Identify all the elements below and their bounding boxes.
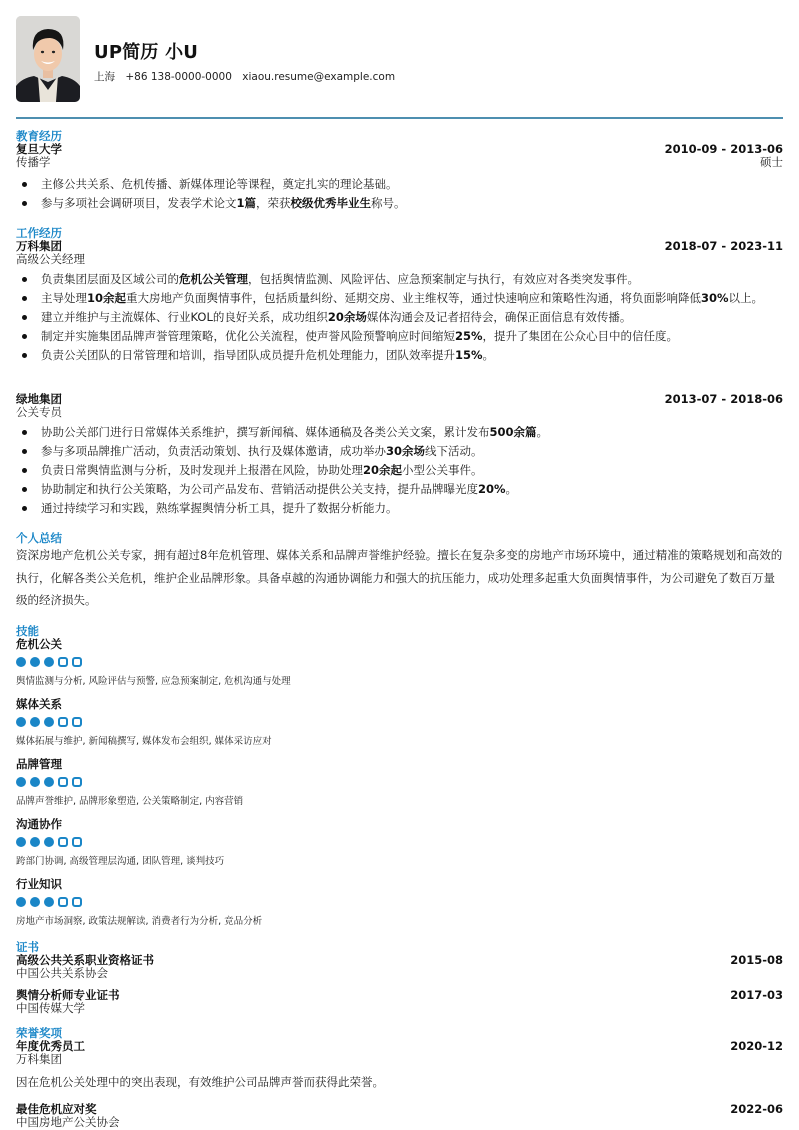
certificate-issuer: 中国传媒大学 <box>16 1002 85 1015</box>
bullet-item: 主修公共关系、危机传播、新媒体理论等课程，奠定扎实的理论基础。 <box>16 177 783 191</box>
filled-dot-icon <box>16 837 26 847</box>
work-date: 2013-07 - 2018-06 <box>665 393 783 406</box>
filled-dot-icon <box>44 777 54 787</box>
filled-dot-icon <box>30 657 40 667</box>
empty-dot-icon <box>72 897 82 907</box>
major: 传播学 <box>16 156 51 169</box>
bullet-item: 负责日常舆情监测与分析，及时发现并上报潜在风险，协助处理20余起小型公关事件。 <box>16 463 783 477</box>
phone: +86 138-0000-0000 <box>125 71 232 83</box>
work-date: 2018-07 - 2023-11 <box>665 240 783 253</box>
filled-dot-icon <box>44 657 54 667</box>
skill-keywords: 跨部门协调, 高级管理层沟通, 团队管理, 谈判技巧 <box>16 856 224 868</box>
empty-dot-icon <box>58 717 68 727</box>
filled-dot-icon <box>30 897 40 907</box>
certificate-issuer: 中国公共关系协会 <box>16 967 108 980</box>
empty-dot-icon <box>58 897 68 907</box>
contact-info: 上海 +86 138-0000-0000 xiaou.resume@exampl… <box>94 69 402 84</box>
filled-dot-icon <box>44 897 54 907</box>
skill-name: 行业知识 <box>16 878 62 891</box>
skill-name: 品牌管理 <box>16 758 62 771</box>
empty-dot-icon <box>72 657 82 667</box>
skill-level-rating <box>16 717 82 727</box>
filled-dot-icon <box>44 837 54 847</box>
avatar <box>16 16 80 102</box>
education-bullets: 主修公共关系、危机传播、新媒体理论等课程，奠定扎实的理论基础。参与多项社会调研项… <box>16 177 783 215</box>
bullet-item: 负责集团层面及区域公司的危机公关管理，包括舆情监测、风险评估、应急预案制定与执行… <box>16 272 783 286</box>
filled-dot-icon <box>30 837 40 847</box>
empty-dot-icon <box>58 837 68 847</box>
empty-dot-icon <box>58 777 68 787</box>
certificate-date: 2015-08 <box>730 954 783 967</box>
work-bullets: 负责集团层面及区域公司的危机公关管理，包括舆情监测、风险评估、应急预案制定与执行… <box>16 272 783 367</box>
position: 公关专员 <box>16 406 62 419</box>
award-issuer: 中国房地产公关协会 <box>16 1116 120 1129</box>
filled-dot-icon <box>16 897 26 907</box>
skill-name: 沟通协作 <box>16 818 62 831</box>
bullet-item: 负责公关团队的日常管理和培训，指导团队成员提升危机处理能力，团队效率提升15%。 <box>16 348 783 362</box>
resume-header: UP简历 小U 上海 +86 138-0000-0000 xiaou.resum… <box>16 16 783 102</box>
bullet-item: 建立并维护与主流媒体、行业KOL的良好关系，成功组织20余场媒体沟通会及记者招待… <box>16 310 783 324</box>
bullet-item: 主导处理10余起重大房地产负面舆情事件，包括质量纠纷、延期交房、业主维权等，通过… <box>16 291 783 305</box>
skill-keywords: 房地产市场洞察, 政策法规解读, 消费者行为分析, 竞品分析 <box>16 916 262 928</box>
filled-dot-icon <box>16 657 26 667</box>
skill-name: 危机公关 <box>16 638 62 651</box>
bullet-item: 通过持续学习和实践，熟练掌握舆情分析工具，提升了数据分析能力。 <box>16 501 783 515</box>
award-issuer: 万科集团 <box>16 1053 62 1066</box>
bullet-item: 参与多项社会调研项目，发表学术论文1篇，荣获校级优秀毕业生称号。 <box>16 196 783 210</box>
skill-keywords: 媒体拓展与维护, 新闻稿撰写, 媒体发布会组织, 媒体采访应对 <box>16 736 272 748</box>
skill-keywords: 品牌声誉维护, 品牌形象塑造, 公关策略制定, 内容营销 <box>16 796 243 808</box>
position: 高级公关经理 <box>16 253 85 266</box>
empty-dot-icon <box>72 777 82 787</box>
skill-level-rating <box>16 777 82 787</box>
award-date: 2022-06 <box>730 1103 783 1116</box>
filled-dot-icon <box>30 717 40 727</box>
work-bullets: 协助公关部门进行日常媒体关系维护，撰写新闻稿、媒体通稿及各类公关文案，累计发布5… <box>16 425 783 520</box>
bullet-item: 协助公关部门进行日常媒体关系维护，撰写新闻稿、媒体通稿及各类公关文案，累计发布5… <box>16 425 783 439</box>
candidate-name: UP简历 小U <box>94 38 198 64</box>
profile-photo-icon <box>16 16 80 102</box>
degree: 硕士 <box>760 156 783 169</box>
location: 上海 <box>94 71 115 83</box>
bullet-item: 协助制定和执行公关策略，为公司产品发布、营销活动提供公关支持，提升品牌曝光度20… <box>16 482 783 496</box>
filled-dot-icon <box>44 717 54 727</box>
certificate-date: 2017-03 <box>730 989 783 1002</box>
summary-text: 资深房地产危机公关专家，拥有超过8年危机管理、媒体关系和品牌声誉维护经验。擅长在… <box>16 544 783 612</box>
filled-dot-icon <box>16 717 26 727</box>
email: xiaou.resume@example.com <box>242 71 395 83</box>
header-divider <box>16 117 783 119</box>
empty-dot-icon <box>72 717 82 727</box>
bullet-item: 参与多项品牌推广活动，负责活动策划、执行及媒体邀请，成功举办30余场线下活动。 <box>16 444 783 458</box>
empty-dot-icon <box>58 657 68 667</box>
filled-dot-icon <box>30 777 40 787</box>
award-description: 因在危机公关处理中的突出表现，有效维护公司品牌声誉而获得此荣誉。 <box>16 1076 384 1089</box>
bullet-item: 制定并实施集团品牌声誉管理策略，优化公关流程，使声誉风险预警响应时间缩短25%，… <box>16 329 783 343</box>
skill-name: 媒体关系 <box>16 698 62 711</box>
empty-dot-icon <box>72 837 82 847</box>
skill-keywords: 舆情监测与分析, 风险评估与预警, 应急预案制定, 危机沟通与处理 <box>16 676 291 688</box>
skill-level-rating <box>16 837 82 847</box>
filled-dot-icon <box>16 777 26 787</box>
skill-level-rating <box>16 657 82 667</box>
award-date: 2020-12 <box>730 1040 783 1053</box>
skill-level-rating <box>16 897 82 907</box>
